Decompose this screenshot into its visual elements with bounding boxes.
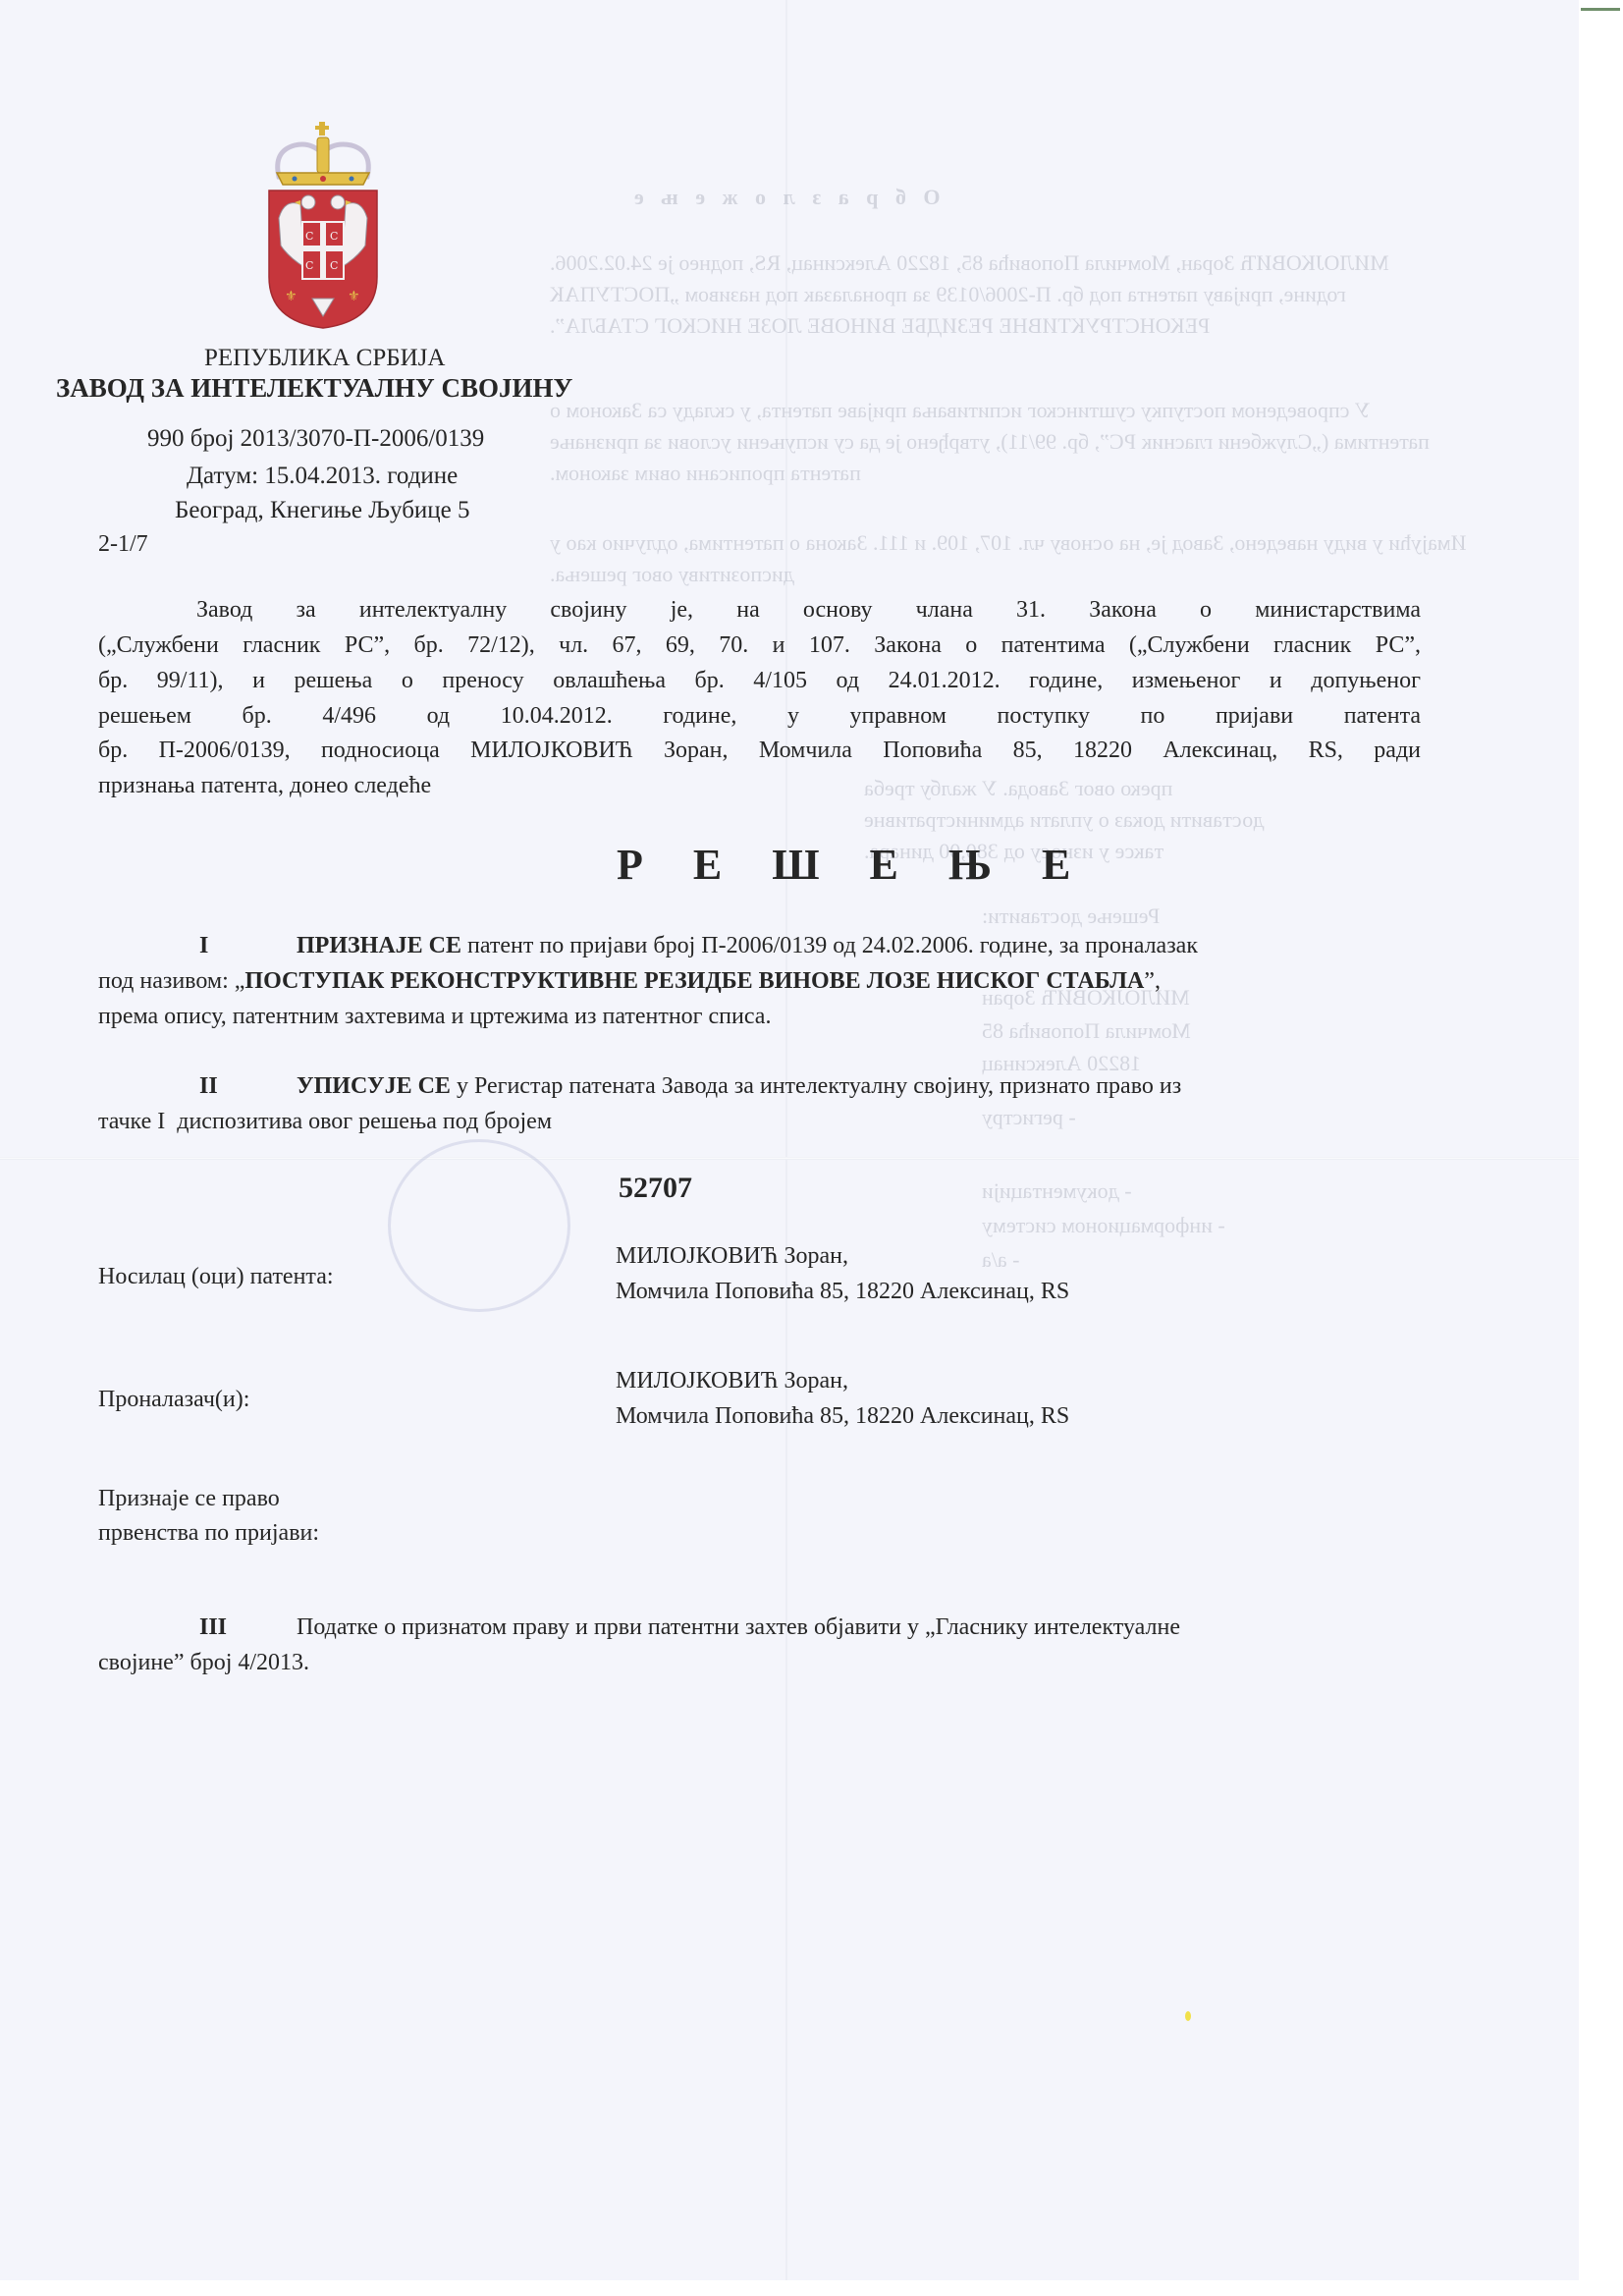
section-3-line-1: Податке о признатом праву и први патентн… (297, 1613, 1180, 1642)
paper-fold-vertical (785, 0, 787, 2280)
svg-text:⚜: ⚜ (348, 289, 360, 304)
section-1-numeral: I (199, 931, 208, 960)
preamble-line: Завод за интелектуалну својину је, на ос… (196, 595, 1421, 625)
svg-text:С: С (330, 259, 338, 272)
bleed-line: диспозитиву овог решења. (550, 562, 794, 587)
bleed-line: Имајући у виду наведено, Завод је, на ос… (550, 530, 1467, 556)
bleed-line: патентима („Службени гласник РС”, бр. 99… (550, 429, 1430, 455)
section-1-line-3: према опису, патентним захтевима и цртеж… (98, 1002, 771, 1031)
bleed-side-line: Момчила Поповића 85 (982, 1018, 1191, 1044)
edge-mark (1581, 8, 1620, 11)
section-1-line-1: ПРИЗНАЈЕ СЕ патент по пријави број П-200… (297, 931, 1198, 960)
page-code: 2-1/7 (98, 529, 148, 559)
section-2-line-2: тачке I диспозитива овог решења под број… (98, 1107, 552, 1136)
bleed-side-line: - документацији (982, 1178, 1132, 1204)
section-3-line-2: својине” број 4/2013. (98, 1648, 309, 1677)
preamble-line: признања патента, донео следеће (98, 771, 431, 800)
holder-address: Момчила Поповића 85, 18220 Алексинац, RS (616, 1277, 1069, 1306)
preamble-line: бр. П-2006/0139, подносиоца МИЛОЈКОВИЋ З… (98, 736, 1421, 765)
reference-number: 990 број 2013/3070-П-2006/0139 (147, 424, 484, 454)
country-name: РЕПУБЛИКА СРБИЈА (204, 344, 445, 373)
svg-text:С: С (305, 259, 313, 272)
holder-label: Носилац (оци) патента: (98, 1262, 334, 1291)
document-page (0, 0, 1579, 2280)
section-1-text: патент по пријави број П-2006/0139 од 24… (467, 933, 1198, 958)
faint-stamp (388, 1139, 570, 1312)
paper-fold-horizontal (0, 1157, 1579, 1160)
inventor-address: Момчила Поповића 85, 18220 Алексинац, RS (616, 1401, 1069, 1431)
inventor-name: МИЛОЈКОВИЋ Зоран, (616, 1366, 848, 1395)
yellow-speck (1185, 2011, 1191, 2021)
bleed-heading: О б р а з л о ж е њ е (628, 185, 941, 210)
coat-of-arms-icon: С С С С ⚜ ⚜ (265, 120, 381, 330)
svg-text:С: С (305, 230, 313, 243)
bleed-line: У спроведеном поступку суштинског испити… (550, 398, 1371, 423)
bleed-side-line: - регистру (982, 1105, 1076, 1130)
section-3-numeral: III (199, 1613, 227, 1642)
patent-number: 52707 (619, 1172, 692, 1205)
preamble-line: решењем бр. 4/496 од 10.04.2012. године,… (98, 701, 1421, 731)
priority-label-line-1: Признаје се право (98, 1484, 280, 1513)
bleed-line: РЕКОНСТРУКТИВНЕ РЕЗИДБЕ ВИНОВЕ ЛОЗЕ НИСК… (550, 313, 1210, 339)
section-2-lead: УПИСУЈЕ СЕ (297, 1073, 451, 1099)
section-1-lead: ПРИЗНАЈЕ СЕ (297, 933, 461, 958)
bleed-side-line: преко овог Завода. У жалбу треба (864, 776, 1172, 801)
bleed-side-line: - а/а (982, 1247, 1019, 1273)
preamble-line: („Службени гласник РС”, бр. 72/12), чл. … (98, 630, 1421, 660)
holder-name: МИЛОЈКОВИЋ Зоран, (616, 1241, 848, 1271)
document-date: Датум: 15.04.2013. године (187, 462, 458, 491)
invention-title: ПОСТУПАК РЕКОНСТРУКТИВНЕ РЕЗИДБЕ ВИНОВЕ … (244, 968, 1144, 994)
bleed-side-line: доставити доказ о уплати административне (864, 807, 1264, 833)
section-1-line-2: под називом: „ПОСТУПАК РЕКОНСТРУКТИВНЕ Р… (98, 966, 1161, 996)
office-name: ЗАВОД ЗА ИНТЕЛЕКТУАЛНУ СВОЈИНУ (56, 373, 572, 403)
section-2-text: у Регистар патената Завода за интелектуа… (457, 1073, 1181, 1099)
preamble-line: бр. 99/11), и решења о преносу овлашћења… (98, 666, 1421, 695)
section-2-numeral: II (199, 1071, 218, 1101)
bleed-line: МИЛОЈКОВИЋ Зоран, Момчила Поповића 85, 1… (550, 250, 1389, 276)
bleed-side-line: Решење доставити: (982, 903, 1160, 929)
svg-text:⚜: ⚜ (285, 289, 298, 304)
scan-margin (1579, 0, 1623, 2296)
svg-text:С: С (330, 230, 338, 243)
inventor-label: Проналазач(и): (98, 1385, 249, 1414)
bleed-line: патента прописани овим законом. (550, 461, 861, 486)
bleed-line: године, пријаву патента под бр. П-2006/0… (550, 282, 1346, 307)
office-address: Београд, Кнегиње Љубице 5 (175, 496, 470, 525)
decision-title: Р Е Ш Е Њ Е (617, 841, 1090, 890)
priority-label-line-2: првенства по пријави: (98, 1518, 319, 1548)
bleed-side-line: - информационом систему (982, 1213, 1225, 1238)
section-2-line-1: УПИСУЈЕ СЕ у Регистар патената Завода за… (297, 1071, 1181, 1101)
